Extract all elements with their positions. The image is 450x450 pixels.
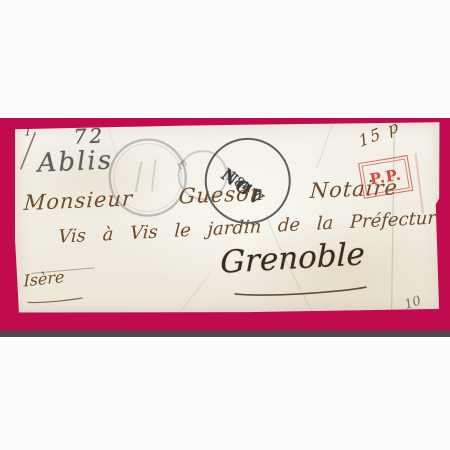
postal-cover: E 1 72 Ablis 4 NOV 1847 P.P. 15 p M [13, 122, 441, 315]
photo-shadow-strip [0, 331, 450, 337]
product-photo: E 1 72 Ablis 4 NOV 1847 P.P. 15 p M [0, 0, 450, 450]
department-mark: Isère [23, 267, 64, 291]
grenoble-underline [234, 287, 366, 295]
isere-underline [28, 298, 83, 303]
address-line-city: Grenoble [220, 236, 365, 281]
transit-stamp-letter: E [174, 158, 189, 172]
diagonal-crease [180, 273, 210, 311]
diagonal-crease [316, 124, 332, 168]
origin-mark-town: Ablis [37, 145, 114, 178]
red-ink-smear [416, 154, 423, 214]
